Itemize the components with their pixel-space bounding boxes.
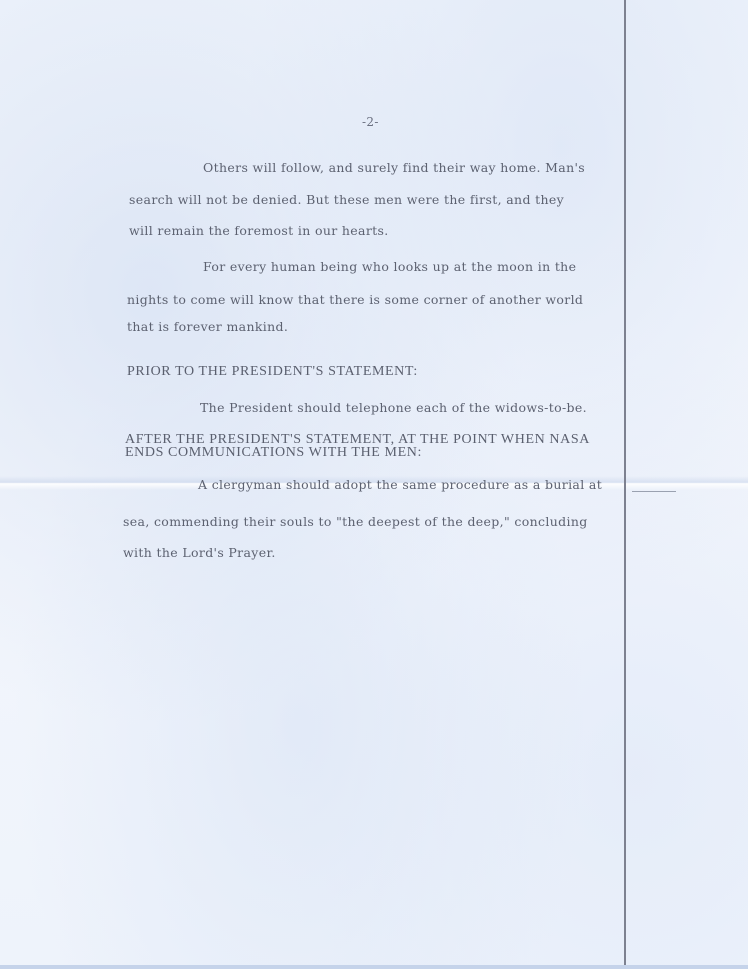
section-after-body-line-3: with the Lord's Prayer. bbox=[123, 545, 276, 560]
page-bottom-edge bbox=[0, 965, 748, 969]
section-after-body-line-1: A clergyman should adopt the same proced… bbox=[198, 477, 602, 492]
margin-rule-line bbox=[624, 0, 626, 969]
paragraph-1-line-3: will remain the foremost in our hearts. bbox=[129, 223, 389, 238]
paragraph-2-line-2: nights to come will know that there is s… bbox=[127, 292, 583, 307]
stray-pen-mark bbox=[632, 491, 676, 492]
paragraph-2-line-1: For every human being who looks up at th… bbox=[203, 259, 576, 274]
section-after-body-line-2: sea, commending their souls to "the deep… bbox=[123, 514, 588, 529]
section-prior-body: The President should telephone each of t… bbox=[200, 400, 587, 415]
section-heading-prior: PRIOR TO THE PRESIDENT'S STATEMENT: bbox=[127, 364, 418, 380]
paragraph-1-line-1: Others will follow, and surely find thei… bbox=[203, 160, 585, 175]
page-number: -2- bbox=[362, 115, 379, 129]
paragraph-1-line-2: search will not be denied. But these men… bbox=[129, 192, 564, 207]
section-heading-after-line-2: ENDS COMMUNICATIONS WITH THE MEN: bbox=[125, 445, 422, 461]
paragraph-2-line-3: that is forever mankind. bbox=[127, 319, 288, 334]
